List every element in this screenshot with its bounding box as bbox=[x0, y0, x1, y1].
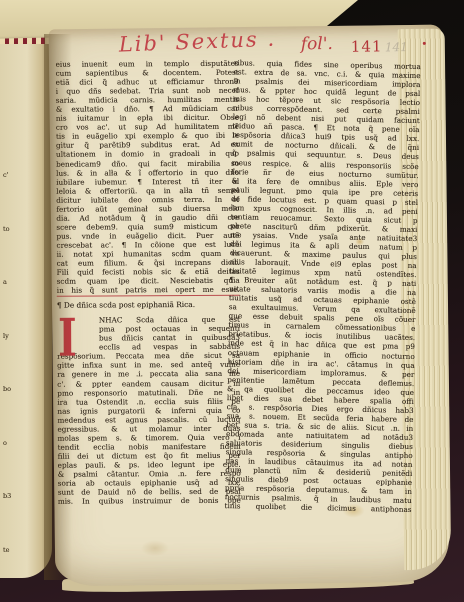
text-line: lus. & in alła & ĩ offertorio in quo dño bbox=[56, 167, 239, 177]
text-line: in his q̃ sunt patris mei opert me esse. bbox=[57, 285, 240, 297]
text-line: ecclīs ad vespas in sabbatis bbox=[99, 342, 240, 352]
rubric-heading: ¶ De dñica scda post epiphaniã Rica. bbox=[57, 300, 240, 310]
running-title: Lib' Sextus . bbox=[118, 27, 276, 57]
text-column-left: eius inuenit eum in templo disputãtescum… bbox=[56, 59, 241, 506]
text-line: te bbox=[3, 547, 33, 554]
text-column-right: ribus. quia fides sine operibus mortuaes… bbox=[225, 58, 421, 514]
text-line: c' bbox=[3, 172, 33, 179]
folio-number: 141 bbox=[351, 37, 383, 55]
text-line: b3 bbox=[3, 493, 33, 500]
text-line: to bbox=[3, 226, 33, 233]
text-line: a bbox=[3, 279, 33, 286]
paragraph-block: eius inuenit eum in templo disputãtescum… bbox=[56, 59, 240, 297]
folio-label: fol'. bbox=[301, 34, 333, 54]
facing-page-edge: c'toalyboob3te bbox=[0, 44, 52, 578]
drop-cap-initial: I bbox=[58, 317, 78, 361]
red-ink-dot bbox=[423, 42, 426, 45]
indented-lines: NHAC Scda dñica que estpma post octauas … bbox=[99, 315, 240, 352]
paragraph-block: respõsorium. Peccata mea dñe sicut sagit… bbox=[57, 351, 241, 506]
text-line: ly bbox=[3, 333, 33, 340]
recto-page: Lib' Sextus . fol'. 141 141 eius inuenit… bbox=[49, 25, 450, 587]
text-line: iubilare iubemur. ¶ Interest tñ iter al bbox=[56, 176, 239, 186]
text-line: ira tua Ostendit .n. ecclia suis filiis … bbox=[57, 396, 240, 406]
text-line: pmo responsorio matutinali. Dñe ne in bbox=[57, 387, 240, 397]
text-line: c'. & ppter eandem causam dicitur in bbox=[57, 378, 240, 388]
folio-number-ghost: 141 bbox=[385, 40, 408, 54]
text-line: ra genere in me .i. peccata alia sana me bbox=[57, 369, 240, 379]
incunabulum-photo: c'toalyboob3te Lib' Sextus . fol'. 141 1… bbox=[0, 0, 464, 602]
text-line: ultationem in domio in gradoali in quo bbox=[56, 149, 239, 159]
paper-stain bbox=[141, 540, 169, 556]
text-line: o bbox=[3, 440, 33, 447]
paragraph-opening: I NHAC Scda dñica que estpma post octaua… bbox=[57, 315, 240, 352]
text-line: mis. In quibus instruimur de bonis ope bbox=[58, 496, 241, 506]
facing-page-text-fragments: c'toalyboob3te bbox=[3, 172, 33, 554]
text-line: benedicam9 dño. qui facit mirabilia so bbox=[56, 158, 239, 168]
text-line: bo bbox=[3, 386, 33, 393]
